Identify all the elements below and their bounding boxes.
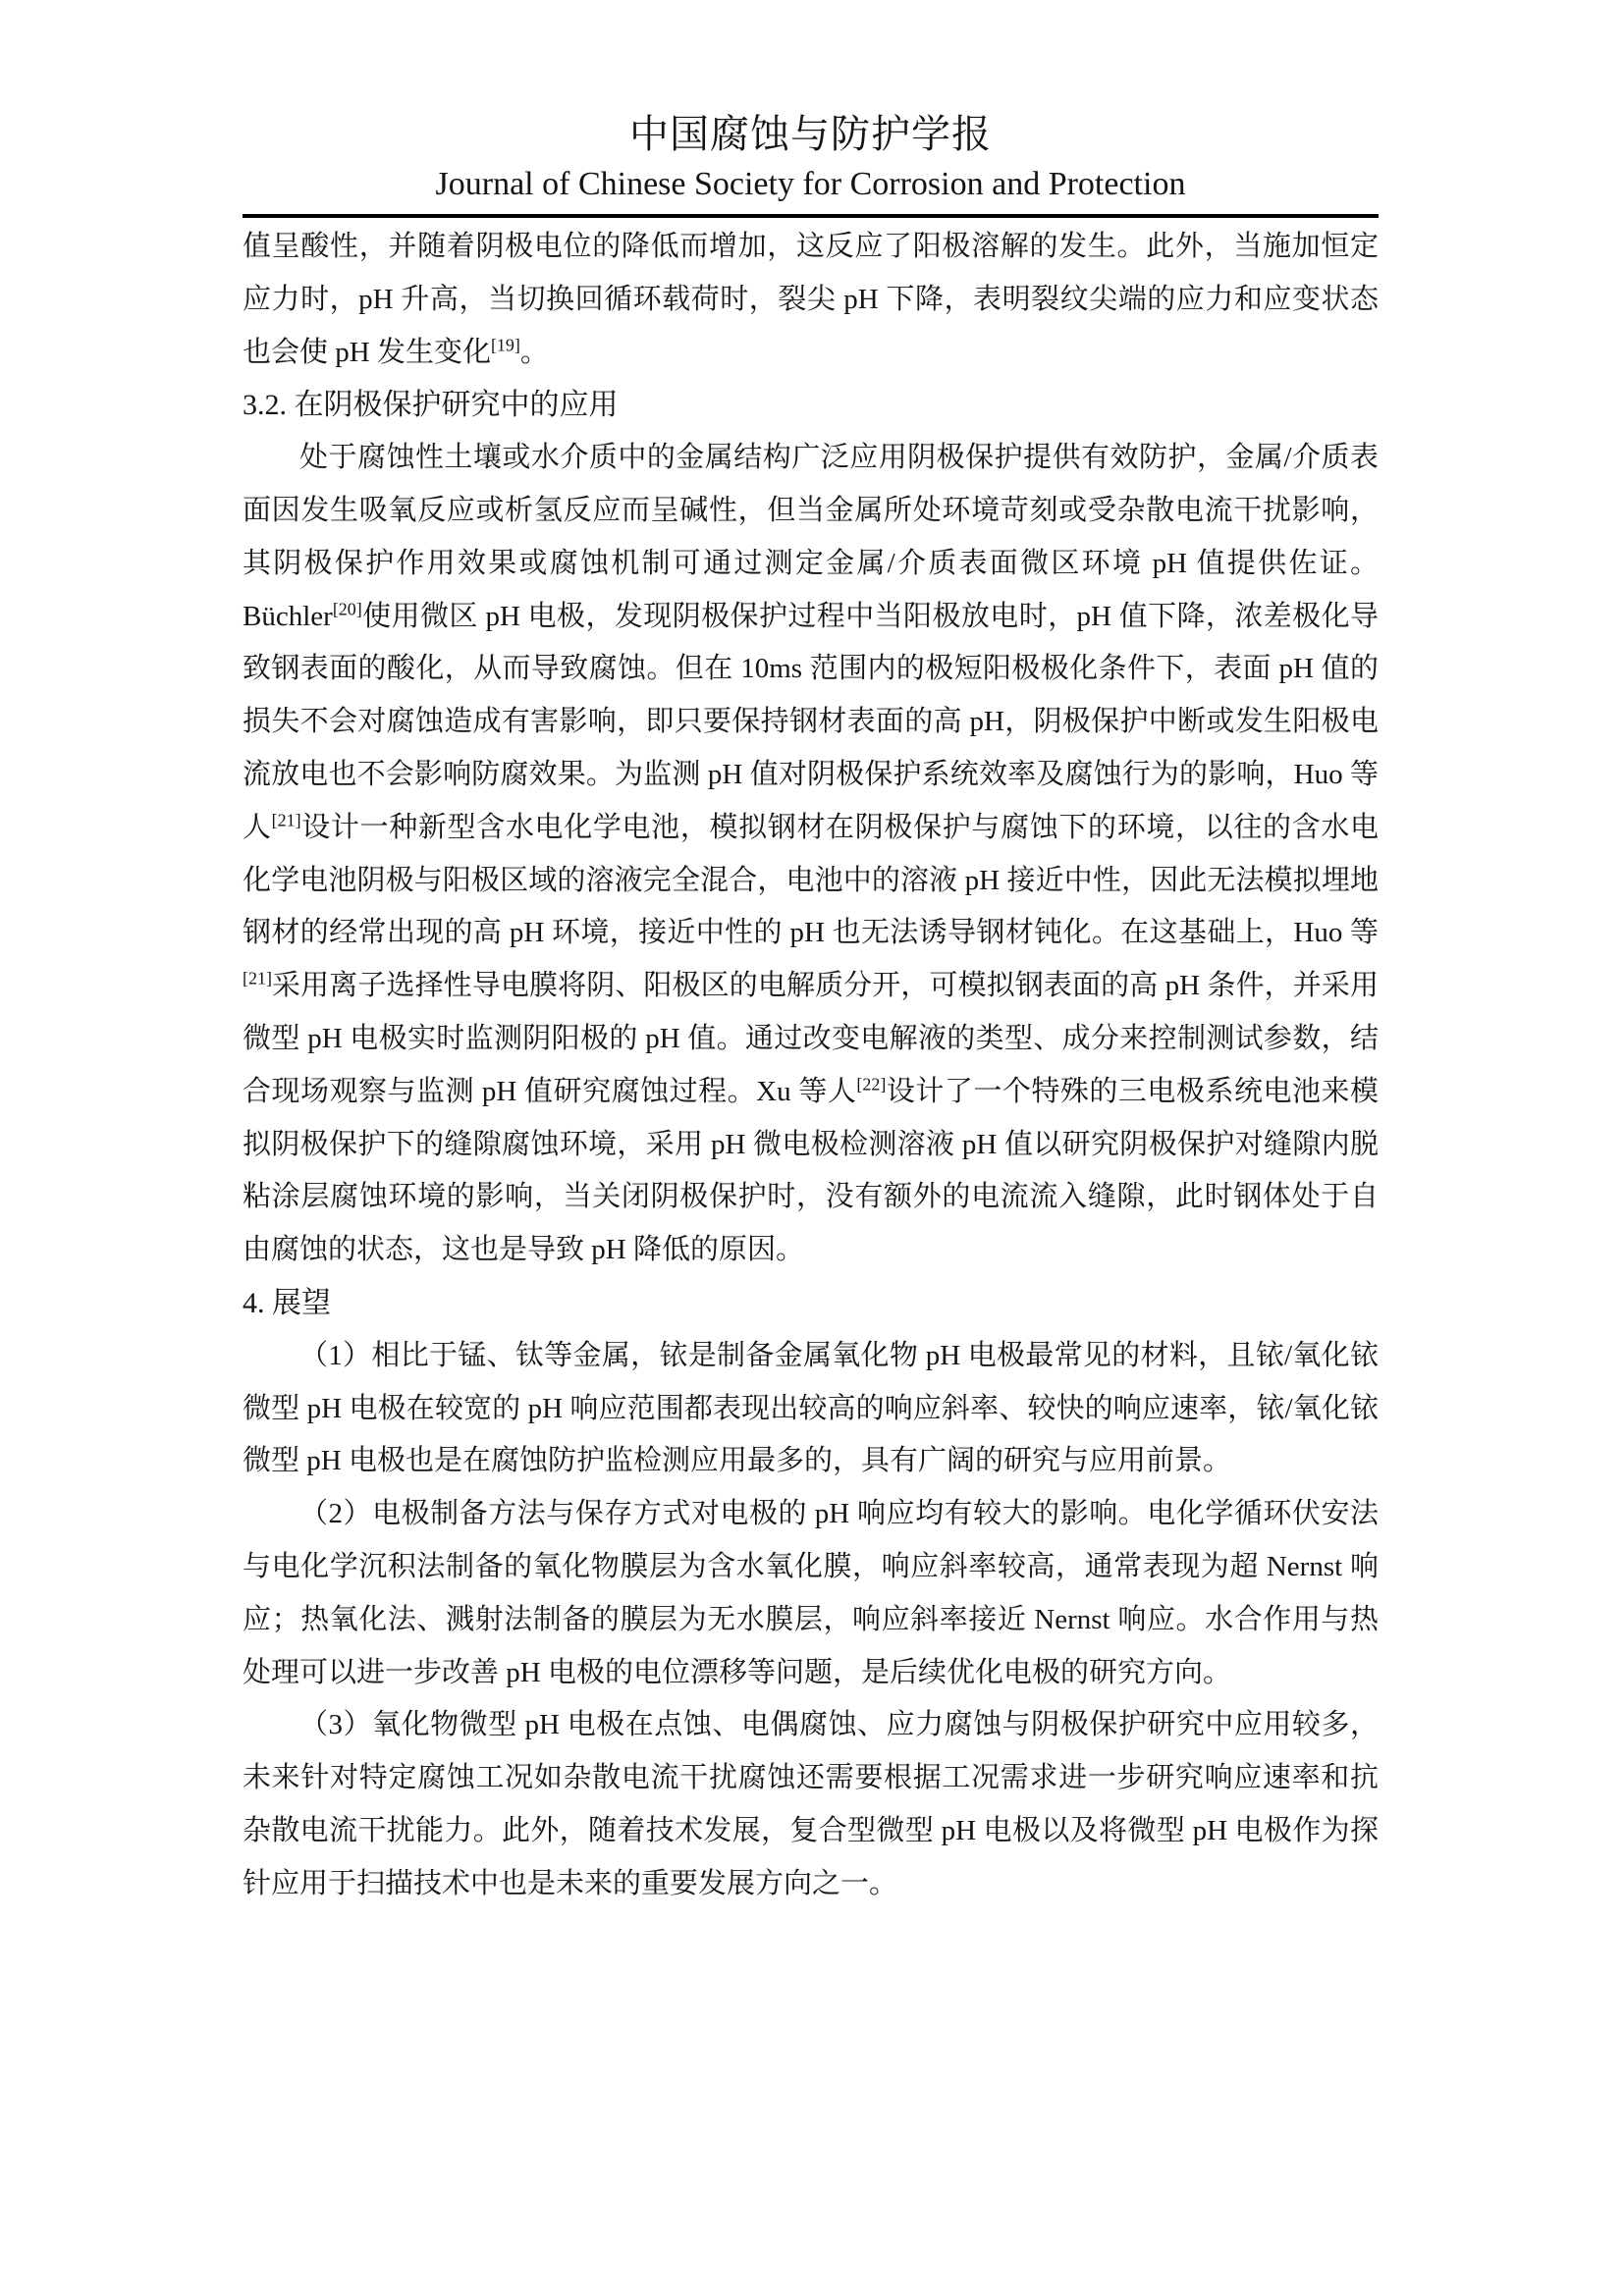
paragraph-continued: 值呈酸性，并随着阴极电位的降低而增加，这反应了阳极溶解的发生。此外，当施加恒定应… <box>243 221 1379 379</box>
journal-page: 中国腐蚀与防护学报 Journal of Chinese Society for… <box>0 0 1624 2296</box>
journal-title-en: Journal of Chinese Society for Corrosion… <box>243 163 1379 206</box>
outlook-item-3: （3）氧化物微型 pH 电极在点蚀、电偶腐蚀、应力腐蚀与阴极保护研究中应用较多，… <box>243 1699 1379 1910</box>
article-body: 值呈酸性，并随着阴极电位的降低而增加，这反应了阳极溶解的发生。此外，当施加恒定应… <box>243 221 1379 1911</box>
section-3-2-heading: 3.2. 在阴极保护研究中的应用 <box>243 379 1379 432</box>
journal-header: 中国腐蚀与防护学报 Journal of Chinese Society for… <box>243 0 1379 218</box>
page-content: 中国腐蚀与防护学报 Journal of Chinese Society for… <box>243 0 1379 1911</box>
section-3-2-paragraph: 处于腐蚀性土壤或水介质中的金属结构广泛应用阴极保护提供有效防护，金属/介质表面因… <box>243 432 1379 1277</box>
outlook-item-2: （2）电极制备方法与保存方式对电极的 pH 响应均有较大的影响。电化学循环伏安法… <box>243 1488 1379 1699</box>
journal-title-zh: 中国腐蚀与防护学报 <box>243 110 1379 159</box>
outlook-item-1: （1）相比于锰、钛等金属，铱是制备金属氧化物 pH 电极最常见的材料，且铱/氧化… <box>243 1330 1379 1488</box>
header-divider <box>243 214 1379 218</box>
section-4-heading: 4. 展望 <box>243 1277 1379 1330</box>
